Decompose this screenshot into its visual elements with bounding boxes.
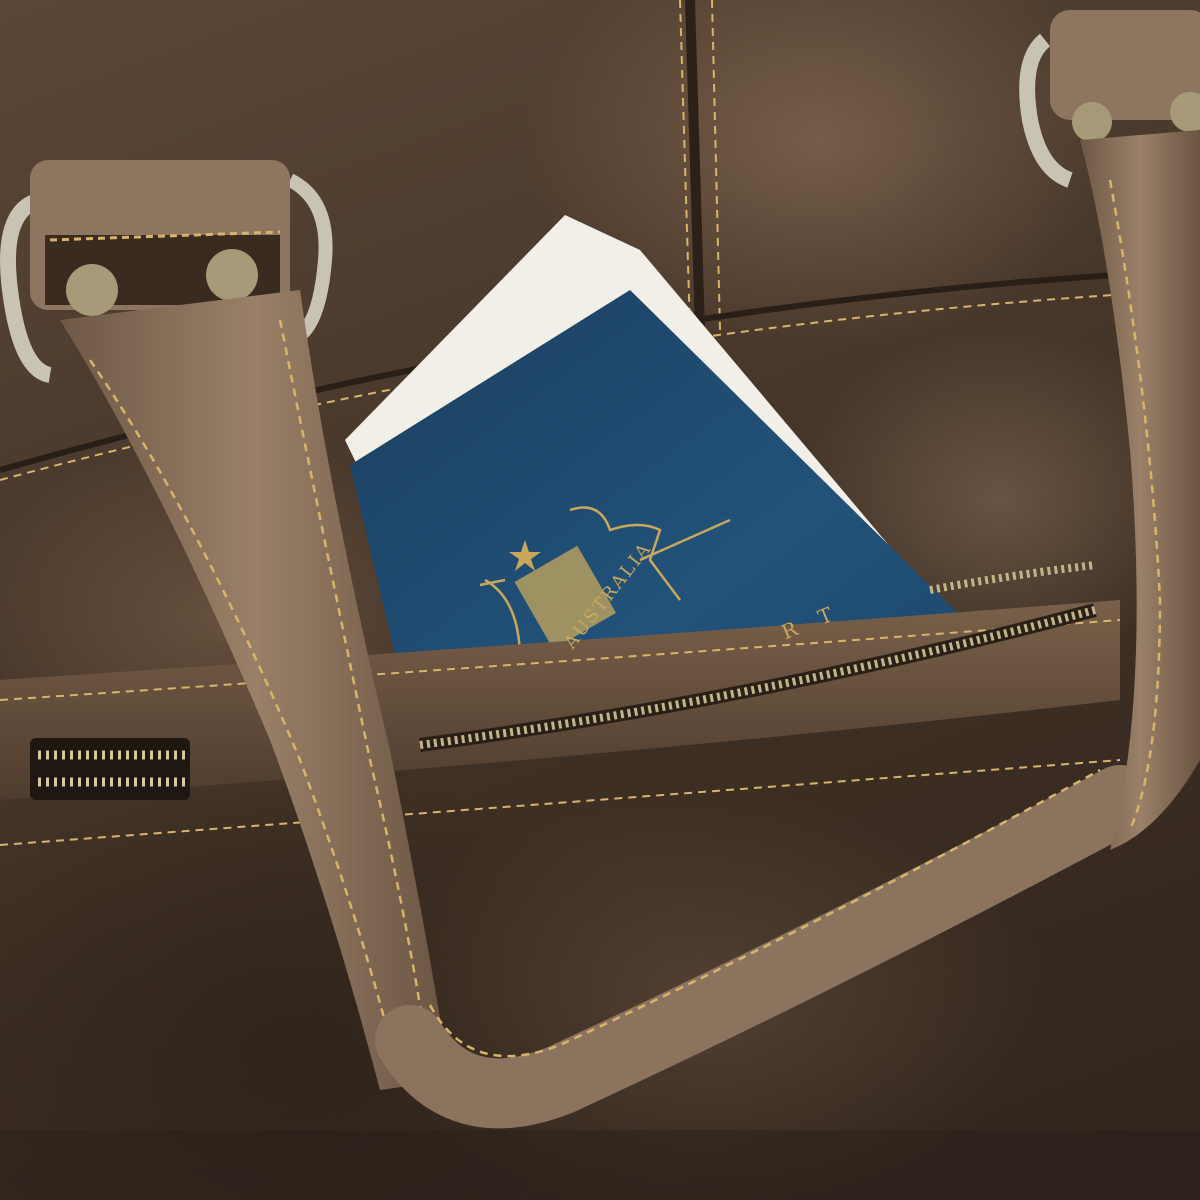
rivet [206, 249, 258, 301]
rivet [66, 264, 118, 316]
left-zipper-opening [30, 738, 190, 800]
photo-scene: AUSTRALIA R T [0, 0, 1200, 1200]
right-handle-strap [1080, 130, 1200, 850]
seam [690, 0, 700, 330]
